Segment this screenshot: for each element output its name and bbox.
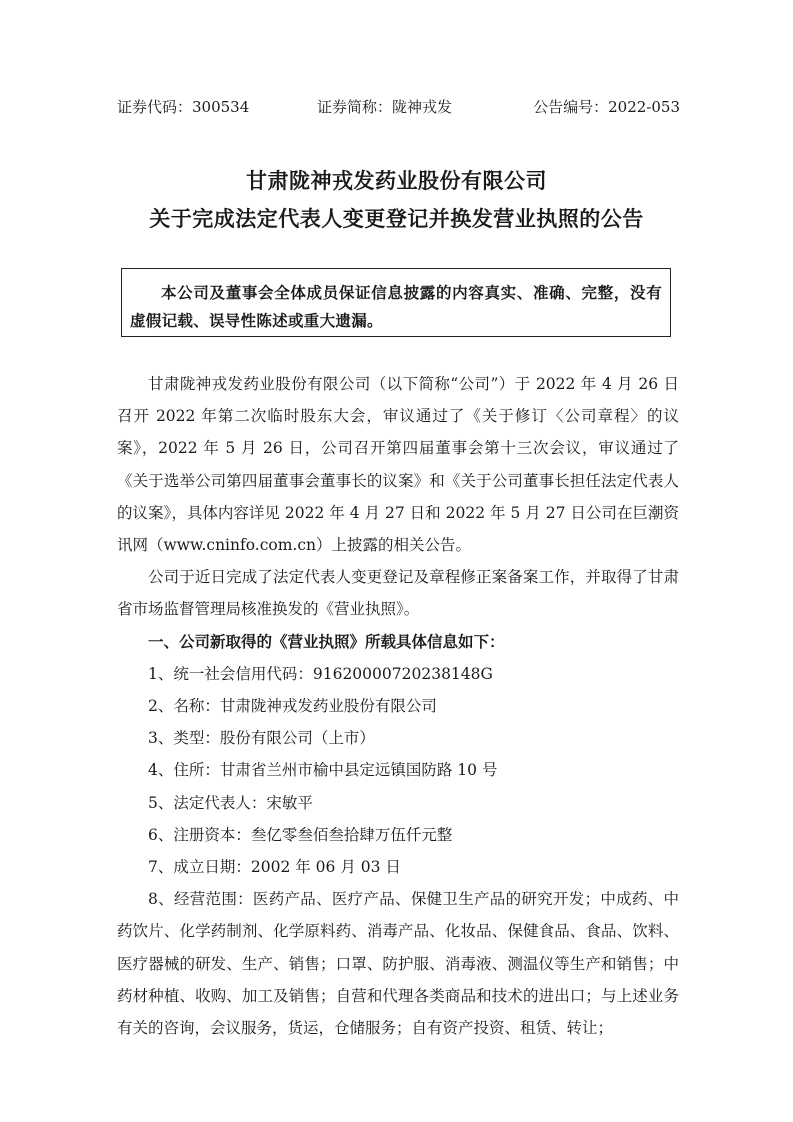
license-item-type: 3、类型：股份有限公司（上市） [117, 722, 679, 754]
company-title: 甘肃陇神戎发药业股份有限公司 [0, 166, 793, 196]
announcement-title: 关于完成法定代表人变更登记并换发营业执照的公告 [0, 204, 793, 234]
announcement-header: 证券代码：300534 证券简称：陇神戎发 公告编号：2022-053 [117, 96, 680, 118]
license-item-legal-rep: 5、法定代表人：宋敏平 [117, 787, 679, 819]
license-item-credit-code: 1、统一社会信用代码：91620000720238148G [117, 658, 679, 690]
license-item-capital: 6、注册资本：叁亿零叁佰叁拾肆万伍仟元整 [117, 819, 679, 851]
license-item-business-scope: 8、经营范围：医药产品、医疗产品、保健卫生产品的研究开发；中成药、中药饮片、化学… [117, 883, 679, 1044]
body-paragraph: 公司于近日完成了法定代表人变更登记及章程修正案备案工作，并取得了甘肃省市场监督管… [117, 561, 679, 625]
body-paragraph: 甘肃陇神戎发药业股份有限公司（以下简称“公司”）于 2022 年 4 月 26 … [117, 368, 679, 561]
license-item-established: 7、成立日期：2002 年 06 月 03 日 [117, 851, 679, 883]
disclosure-notice-box: 本公司及董事会全体成员保证信息披露的内容真实、准确、完整，没有虚假记载、误导性陈… [121, 268, 671, 337]
document-page: 证券代码：300534 证券简称：陇神戎发 公告编号：2022-053 甘肃陇神… [0, 0, 793, 1122]
announcement-body: 甘肃陇神戎发药业股份有限公司（以下简称“公司”）于 2022 年 4 月 26 … [117, 368, 679, 1044]
stock-code: 证券代码：300534 [117, 96, 249, 118]
license-item-address: 4、住所：甘肃省兰州市榆中县定远镇国防路 10 号 [117, 754, 679, 786]
stock-abbreviation: 证券简称：陇神戎发 [317, 96, 452, 118]
announcement-number: 公告编号：2022-053 [533, 96, 680, 118]
license-item-name: 2、名称：甘肃陇神戎发药业股份有限公司 [117, 690, 679, 722]
disclosure-notice-text: 本公司及董事会全体成员保证信息披露的内容真实、准确、完整，没有虚假记载、误导性陈… [130, 284, 662, 330]
section-heading: 一、公司新取得的《营业执照》所载具体信息如下： [117, 626, 679, 658]
